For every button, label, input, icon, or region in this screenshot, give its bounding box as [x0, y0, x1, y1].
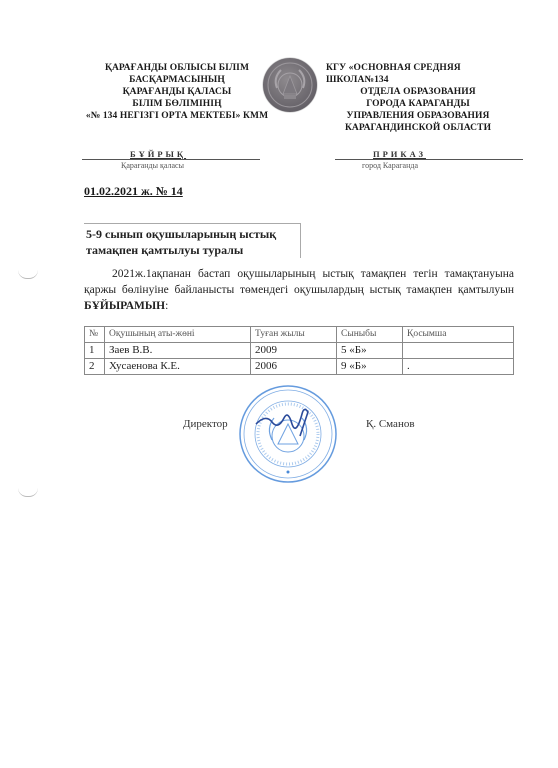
cell-class: 9 «Б» — [337, 359, 403, 375]
order-title-ru: ПРИКАЗ — [373, 149, 426, 159]
official-seal-icon — [238, 384, 338, 484]
column-header-number: № — [85, 327, 105, 343]
header-right-line: УПРАВЛЕНИЯ ОБРАЗОВАНИЯ — [318, 110, 518, 122]
header-left-line: «№ 134 НЕГІЗГІ ОРТА МЕКТЕБІ» КММ — [82, 110, 272, 122]
header-left-institution-kz: ҚАРАҒАНДЫ ОБЛЫСЫ БІЛІМ БАСҚАРМАСЫНЫҢ ҚАР… — [82, 62, 272, 122]
cell-birth-year: 2006 — [251, 359, 337, 375]
header-right-line: КГУ «ОСНОВНАЯ СРЕДНЯЯ ШКОЛА№134 — [318, 62, 518, 86]
order-title-kz: БҰЙРЫҚ — [130, 149, 186, 159]
header-right-line: КАРАГАНДИНСКОЙ ОБЛАСТИ — [318, 122, 518, 134]
cell-note — [403, 343, 514, 359]
header-right-line: ГОРОДА КАРАГАНДЫ — [318, 98, 518, 110]
table-row: 2 Хусаенова К.Е. 2006 9 «Б» . — [85, 359, 514, 375]
scan-margin-mark — [18, 270, 38, 279]
header-left-line: ҚАРАҒАНДЫ ҚАЛАСЫ — [82, 86, 272, 98]
cell-number: 1 — [85, 343, 105, 359]
column-header-name: Оқушының аты-жөні — [105, 327, 251, 343]
cell-note: . — [403, 359, 514, 375]
divider-right — [335, 159, 523, 160]
table-header-row: № Оқушының аты-жөні Туған жылы Сыныбы Қо… — [85, 327, 514, 343]
column-header-class: Сыныбы — [337, 327, 403, 343]
city-ru: город Караганда — [362, 161, 418, 170]
cell-name: Хусаенова К.Е. — [105, 359, 251, 375]
table-row: 1 Заев В.В. 2009 5 «Б» — [85, 343, 514, 359]
cell-name: Заев В.В. — [105, 343, 251, 359]
subject-line: тамақпен қамтылуы туралы — [86, 242, 298, 258]
body-emphasis: БҰЙЫРАМЫН — [84, 300, 165, 312]
cell-birth-year: 2009 — [251, 343, 337, 359]
divider-left — [82, 159, 260, 160]
city-kz: Қарағанды қаласы — [121, 161, 184, 170]
header-left-line: ҚАРАҒАНДЫ ОБЛЫСЫ БІЛІМ — [82, 62, 272, 74]
column-header-birth-year: Туған жылы — [251, 327, 337, 343]
cell-number: 2 — [85, 359, 105, 375]
header-right-line: ОТДЕЛА ОБРАЗОВАНИЯ — [318, 86, 518, 98]
order-date-number: 01.02.2021 ж. № 14 — [84, 184, 183, 199]
scan-margin-mark — [18, 488, 38, 497]
handwritten-signature-icon — [238, 384, 338, 484]
cell-class: 5 «Б» — [337, 343, 403, 359]
kazakhstan-emblem-icon — [263, 58, 317, 112]
order-body: 2021ж.1ақпанан бастап оқушыларының ыстық… — [84, 266, 514, 314]
director-name: Қ. Сманов — [366, 418, 415, 430]
header-right-institution-ru: КГУ «ОСНОВНАЯ СРЕДНЯЯ ШКОЛА№134 ОТДЕЛА О… — [318, 62, 518, 134]
body-text: 2021ж.1ақпанан бастап оқушыларының ыстық… — [84, 268, 514, 296]
header-left-line: БАСҚАРМАСЫНЫҢ — [82, 74, 272, 86]
subject-line: 5-9 сынып оқушыларының ыстық — [86, 226, 298, 242]
director-label: Директор — [183, 418, 228, 430]
students-table: № Оқушының аты-жөні Туған жылы Сыныбы Қо… — [84, 326, 514, 375]
column-header-note: Қосымша — [403, 327, 514, 343]
header-left-line: БІЛІМ БӨЛІМІНІҢ — [82, 98, 272, 110]
order-subject: 5-9 сынып оқушыларының ыстық тамақпен қа… — [84, 223, 301, 258]
body-suffix: : — [165, 300, 168, 312]
